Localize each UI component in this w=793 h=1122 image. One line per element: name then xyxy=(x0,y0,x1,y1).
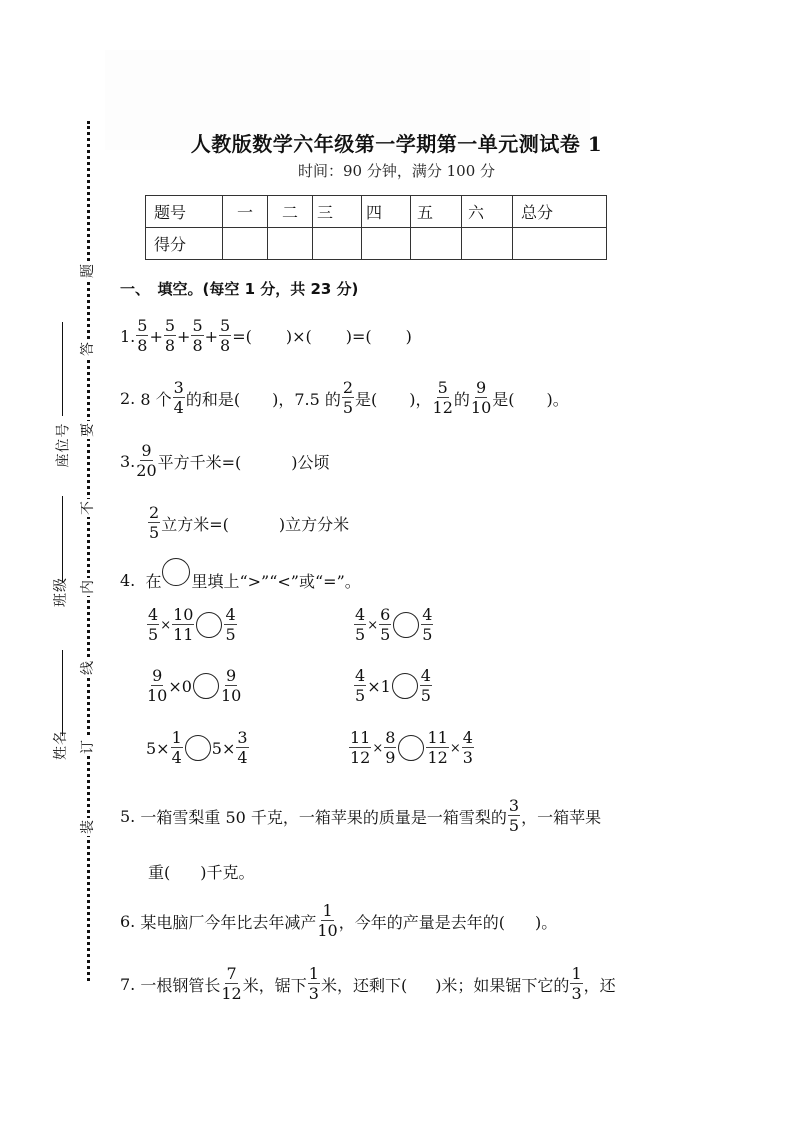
comparison-circle[interactable] xyxy=(393,612,419,638)
comparison-item: 45 ×1 45 xyxy=(353,668,433,704)
fraction: 58 xyxy=(191,318,203,354)
fraction: 34 xyxy=(173,380,185,416)
score-cell[interactable] xyxy=(362,228,411,260)
question-number: 5. xyxy=(120,807,135,826)
table-header-cell: 二 xyxy=(268,196,313,228)
table-header-cell: 五 xyxy=(411,196,462,228)
fraction: 110 xyxy=(317,903,337,939)
question-number: 2. xyxy=(120,389,135,408)
fraction: 512 xyxy=(433,380,453,416)
name-label: 姓名 xyxy=(50,730,70,760)
comparison-item: 1112 × 89 1112 × 43 xyxy=(348,730,475,766)
score-cell[interactable] xyxy=(513,228,607,260)
seat-number-underline[interactable] xyxy=(62,322,63,416)
question-number: 7. xyxy=(120,975,135,994)
fraction: 910 xyxy=(471,380,491,416)
score-cell[interactable] xyxy=(462,228,513,260)
binding-char: 不 xyxy=(79,499,97,517)
question-number: 6. xyxy=(120,912,135,931)
section-heading: 一、 填空。(每空 1 分，共 23 分) xyxy=(120,278,358,299)
score-cell[interactable] xyxy=(223,228,268,260)
table-header-cell: 三 xyxy=(313,196,362,228)
page-title: 人教版数学六年级第一学期第一单元测试卷 1 xyxy=(0,128,793,157)
table-header-cell: 题号 xyxy=(146,196,223,228)
comparison-circle[interactable] xyxy=(392,673,418,699)
fraction: 58 xyxy=(219,318,231,354)
fraction: 58 xyxy=(164,318,176,354)
exam-time-info: 时间：90 分钟，满分 100 分 xyxy=(0,160,793,181)
question-number: 4. xyxy=(120,571,135,590)
comparison-circle[interactable] xyxy=(398,735,424,761)
score-table: 题号 一 二 三 四 五 六 总分 得分 xyxy=(145,195,607,260)
binding-char: 答 xyxy=(79,340,97,358)
table-row: 题号 一 二 三 四 五 六 总分 xyxy=(146,196,607,228)
name-underline[interactable] xyxy=(62,650,63,736)
question-number: 3. xyxy=(120,452,135,471)
table-header-cell: 六 xyxy=(462,196,513,228)
fraction: 25 xyxy=(148,505,160,541)
plus-sign: + xyxy=(177,327,190,346)
table-row: 得分 xyxy=(146,228,607,260)
fraction: 13 xyxy=(308,966,320,1002)
question-6: 6. 某电脑厂今年比去年减产 110 ，今年的产量是去年的( )。 xyxy=(120,903,557,939)
table-row-label: 得分 xyxy=(146,228,223,260)
fraction: 35 xyxy=(508,798,520,834)
question-4: 4. 在 里填上“>”“<”或“=”。 xyxy=(120,566,361,594)
comparison-item: 5× 14 5× 34 xyxy=(146,730,250,766)
question-3a: 3. 920 平方千米=( )公顷 xyxy=(120,443,330,479)
table-header-cell: 总分 xyxy=(513,196,607,228)
circle-icon xyxy=(162,558,190,586)
score-cell[interactable] xyxy=(268,228,313,260)
question-7: 7. 一根钢管长 712 米，锯下 13 米，还剩下( )米；如果锯下它的 13… xyxy=(120,966,616,1002)
comparison-item: 910 ×0 910 xyxy=(146,668,242,704)
question-5: 5. 一箱雪梨重 50 千克，一箱苹果的质量是一箱雪梨的 35 ，一箱苹果 xyxy=(120,798,601,834)
comparison-circle[interactable] xyxy=(185,735,211,761)
binding-char: 内 xyxy=(79,578,97,596)
binding-dotted-line xyxy=(87,121,90,981)
comparison-circle[interactable] xyxy=(193,673,219,699)
score-cell[interactable] xyxy=(411,228,462,260)
binding-char: 订 xyxy=(79,738,97,756)
question-number: 1. xyxy=(120,327,135,346)
table-header-cell: 四 xyxy=(362,196,411,228)
fraction: 712 xyxy=(221,966,241,1002)
comparison-item: 45 × 65 45 xyxy=(353,607,434,643)
fraction: 25 xyxy=(342,380,354,416)
comparison-circle[interactable] xyxy=(196,612,222,638)
plus-sign: + xyxy=(149,327,162,346)
binding-char: 线 xyxy=(79,659,97,677)
score-cell[interactable] xyxy=(313,228,362,260)
fraction: 13 xyxy=(570,966,582,1002)
fraction: 58 xyxy=(136,318,148,354)
seat-number-label: 座位号 xyxy=(53,423,73,468)
class-label: 班级 xyxy=(50,577,70,607)
question-1: 1. 58 + 58 + 58 + 58 =( )×( )=( ) xyxy=(120,318,412,354)
comparison-item: 45 × 1011 45 xyxy=(146,607,238,643)
class-underline[interactable] xyxy=(62,496,63,582)
binding-char: 装 xyxy=(79,818,97,836)
question-2: 2. 8 个 34 的和是( )，7.5 的 25 是( )， 512 的 91… xyxy=(120,380,569,416)
question-5-line2: 重( )千克。 xyxy=(148,860,255,883)
question-3b: 25 立方米=( )立方分米 xyxy=(147,505,349,541)
binding-char: 要 xyxy=(79,421,97,439)
binding-char: 题 xyxy=(79,262,97,280)
fraction: 920 xyxy=(136,443,156,479)
table-header-cell: 一 xyxy=(223,196,268,228)
plus-sign: + xyxy=(205,327,218,346)
